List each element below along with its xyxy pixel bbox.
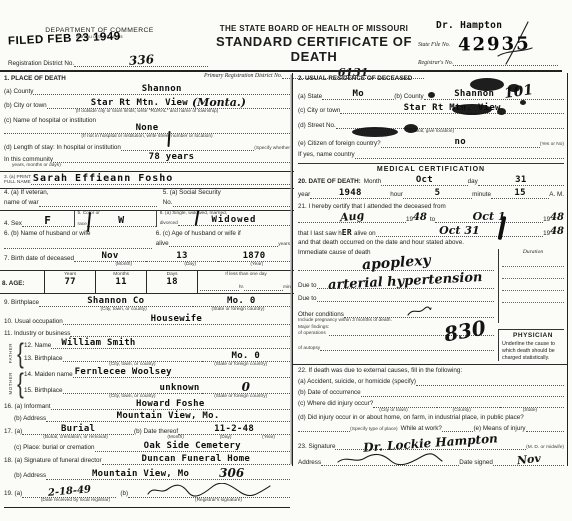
father-name-row: 12. Name William Smith: [24, 339, 290, 349]
informant-row: 16. (a) Informant Howard Foshe: [4, 400, 290, 410]
funeral-addr-field: Mountain View, Mo 306: [46, 467, 290, 480]
physician-signature-value: Dr. Lockie Hampton: [363, 432, 498, 453]
occupation-value: Housewife: [151, 315, 202, 324]
cap-day: (Day): [157, 262, 224, 267]
external-c-field2: [437, 399, 501, 408]
citizen-value: no: [455, 138, 466, 147]
funeral-address-row: (b) Address Mountain View, Mo 306: [4, 467, 290, 480]
signature-addr-label: Address: [298, 459, 321, 466]
age-hr-field: [200, 282, 239, 291]
external-c-label: (c) Where did injury occur?: [298, 400, 373, 407]
father-name-label: 12. Name: [24, 342, 51, 349]
external-cap-county: (County): [428, 408, 496, 413]
citizen-label: (e) Citizen of foreign country?: [298, 140, 381, 147]
ink-stamp-mark: [497, 108, 506, 115]
mother-bp-hw: 0: [242, 381, 250, 393]
external-work-caption: (Specify type of place): [350, 427, 397, 432]
ink-stamp-mark: [470, 78, 504, 91]
sex-color-marital-row: 4. Sex F 5. Color or race W 6. (a) Singl…: [4, 211, 290, 227]
informant-addr-value: Mountain View, Mo.: [117, 412, 220, 421]
certify-19b: 19: [543, 216, 550, 223]
age-min-field: [244, 282, 283, 291]
occupation-field: Housewife: [63, 315, 290, 325]
industry-row: 11. Industry or business: [4, 328, 290, 337]
mother-bp-state-field: 0: [202, 381, 290, 394]
burial-cap-day: (Day): [204, 435, 247, 440]
veteran-label-1: 4. (a) If veteran,: [4, 189, 157, 196]
ink-stamp-mark: [428, 92, 435, 98]
burial-place-label: (c) Place: burial or cremation: [4, 444, 95, 451]
residence-county-value: Shannon: [454, 90, 494, 99]
dod-label: 20. DATE OF DEATH:: [298, 178, 361, 185]
age-months-value: 11: [98, 278, 144, 287]
dod-month-value: Oct: [416, 176, 433, 185]
burial-label: 17. (a): [4, 428, 22, 435]
marital-value: Widowed: [211, 216, 256, 225]
father-cap-state: (State or foreign country): [191, 362, 290, 367]
dod-day-label: day: [468, 178, 478, 185]
physician-address-field: [321, 453, 459, 466]
burial-caption: (Burial, cremation, or removal): [4, 435, 147, 440]
county-row: (a) County Shannon: [4, 85, 290, 95]
registrar-sig-caption: (Registrar's signature): [147, 498, 290, 503]
funeral-addr-label: (b) Address: [4, 472, 46, 479]
industry-label: 11. Industry or business: [4, 330, 70, 337]
duration-column: Duration: [498, 249, 564, 324]
informant-address-row: (b) Address Mountain View, Mo.: [4, 412, 290, 422]
informant-field: Howard Foshe: [51, 400, 290, 410]
immediate-cause-field: apoplexy: [298, 256, 494, 271]
residence-street-row: (d) Street No.: [298, 120, 564, 129]
full-name-value: Sarah Effieann Fosho: [33, 174, 173, 184]
dod-month-field: Oct: [381, 176, 467, 186]
birthdate-label: 7. Birth date of deceased: [4, 255, 74, 262]
mother-name-field: Fernlecee Woolsey: [73, 368, 290, 378]
duration-cell: [502, 255, 564, 267]
certify-to-year-hw: 48: [550, 213, 564, 223]
dod-year-field: 1948: [310, 189, 390, 199]
residence-city-row: (c) City or town Star Rt Mtn. View: [298, 104, 564, 114]
industry-field: [70, 328, 290, 337]
registrar-row: 19. (a) 2-18-49 (b): [4, 483, 290, 498]
print-label-2: FULL NAME: [4, 180, 31, 185]
external-work-label: While at work?: [401, 425, 442, 432]
dod-minute-value: 15: [514, 189, 525, 198]
due-to-1-label: Due to: [298, 282, 317, 289]
physician-signature-row: 23. Signature Dr. Lockie Hampton (M. D. …: [298, 436, 564, 450]
age-min-label: min.: [283, 285, 292, 290]
husband-label: 6. (b) Name of husband or wife: [4, 230, 152, 237]
board-title: THE STATE BOARD OF HEALTH OF MISSOURI: [196, 24, 432, 33]
external-c-field3: [500, 399, 564, 408]
father-bp-state-field: Mo. 0: [202, 352, 290, 362]
dod-month-label: Month: [364, 178, 382, 185]
marital-label-2: divorced: [160, 221, 178, 226]
ink-stamp-mark: [508, 84, 520, 92]
external-d-label: (d) Did injury occur in or about home, o…: [298, 414, 564, 421]
death-certificate-scan: DEPARTMENT OF COMMERCE Bureau of the Cen…: [0, 0, 572, 521]
residence-state-label: (a) State: [298, 93, 322, 100]
spouse-age-field: [169, 238, 279, 247]
external-title: 22. If death was due to external causes,…: [298, 367, 564, 374]
birth-month-field: Nov: [74, 252, 146, 262]
external-b-field: [361, 388, 564, 397]
city-handwritten-note: (Monta.): [192, 97, 246, 108]
color-field: W: [87, 216, 156, 227]
informant-addr-field: Mountain View, Mo.: [46, 412, 290, 422]
external-work-field: [442, 423, 474, 432]
birthplace-row: 9. Birthplace Shannon Co Mo. 0: [4, 297, 290, 307]
informant-value: Howard Foshe: [136, 400, 205, 409]
certify-saw-label2: alive on: [354, 230, 376, 237]
external-cap-state: (State): [496, 408, 564, 413]
date-signed-field: Nov: [493, 454, 564, 466]
registrar-captions: (Date received by local registrar) (Regi…: [4, 498, 290, 503]
full-name-row: 3. (a) PRINT FULL NAME Sarah Effieann Fo…: [4, 174, 290, 185]
certify-saw-field: Oct 31: [376, 225, 543, 237]
veteran-ssn-row: 4. (a) If veteran, name of war 5. (a) So…: [4, 189, 290, 206]
ink-stamp-mark: [452, 104, 492, 115]
due-to-2-row: Due to: [298, 293, 494, 302]
age-less-label: If less than one day: [200, 272, 292, 277]
residence-street-label: (d) Street No.: [298, 122, 336, 129]
county-value: Shannon: [142, 85, 182, 94]
age-grid: 8. AGE: Years 77 Months 11 Days 18 If le…: [0, 270, 294, 293]
external-a-row: (a) Accident, suicide, or homicide (spec…: [298, 377, 564, 386]
mother-name-label: 14. Maiden name: [24, 371, 73, 378]
birthplace-captions: (City, town, or county) (State or foreig…: [4, 307, 290, 312]
community-value: 78 years: [149, 153, 195, 162]
veteran-field: [39, 198, 157, 207]
mother-bp-value: unknown: [160, 384, 200, 393]
duration-cell: [502, 291, 564, 303]
spouse-row: 6. (b) Name of husband or wife 6. (c) Ag…: [4, 230, 290, 249]
external-a-field: [416, 377, 564, 386]
date-signed-label: Date signed: [459, 459, 493, 466]
external-d-field: [298, 423, 350, 432]
sex-value: F: [44, 215, 51, 226]
birthplace-cap-state: (State or foreign country): [186, 307, 290, 312]
date-of-death-row2: year 1948 hour 5 minute 15 A. M.: [298, 189, 564, 199]
external-b-label: (b) Date of occurrence: [298, 389, 361, 396]
certify-line1: 21. I hereby certify that I attended the…: [298, 203, 564, 210]
funeral-director-row: 18. (a) Signature of funeral director Du…: [4, 455, 290, 465]
informant-label: 16. (a) Informant: [4, 403, 51, 410]
hospital-row: None: [4, 124, 290, 134]
physician-title: PHYSICIAN: [502, 332, 564, 339]
county-label: (a) County: [4, 88, 33, 95]
dod-year-value: 1948: [339, 189, 362, 198]
mother-bp-field: unknown: [63, 384, 202, 394]
external-e-field: [526, 423, 564, 432]
occupation-label: 10. Usual occupation: [4, 318, 63, 325]
registrar-label: 19. (a): [4, 490, 22, 497]
ink-stamp-mark: [520, 100, 526, 105]
due-to-2-label: Due to: [298, 295, 317, 302]
burial-captions: (Burial, cremation, or removal) (Month) …: [4, 435, 290, 440]
city-value: Star Rt Mtn. View: [91, 99, 188, 108]
registrar-signature-field: [128, 483, 290, 498]
physician-box: PHYSICIAN Underline the cause to which d…: [498, 329, 564, 361]
hospital-field: None: [4, 124, 290, 134]
dod-year-label: year: [298, 191, 310, 198]
other-conditions-row: Other conditions: [298, 306, 494, 318]
color-label-2: race: [78, 222, 87, 227]
spouse-age-label-2: alive: [156, 240, 169, 247]
ssn-field: [173, 198, 290, 207]
certify-19a: 19: [406, 216, 413, 223]
city-row: (b) City or town Star Rt Mtn. View (Mont…: [4, 97, 290, 109]
external-cap-city: (City or town): [359, 408, 427, 413]
burial-field: Burial: [22, 425, 134, 435]
father-bp-label: 13. Birthplace: [24, 355, 63, 362]
funeral-label: 18. (a) Signature of funeral director: [4, 457, 102, 464]
registration-district-value: 336: [128, 53, 154, 67]
external-e-label: (e) Means of injury: [473, 425, 525, 432]
burial-place-row: (c) Place: burial or cremation Oak Side …: [4, 442, 290, 452]
registrar-date-caption: (Date received by local registrar): [4, 498, 147, 503]
occupation-row: 10. Usual occupation Housewife: [4, 315, 290, 325]
registration-district-label: Registration District No.: [8, 60, 74, 67]
spouse-age-label-1: 6. (c) Age of husband or wife if: [156, 230, 290, 237]
medical-certification-title: MEDICAL CERTIFICATION: [298, 163, 564, 173]
physician-address-scrawl: [335, 453, 445, 465]
funeral-value: Duncan Funeral Home: [142, 455, 251, 464]
certify-saw-hw: Oct 31: [439, 225, 480, 236]
burial-place-value: Oak Side Cemetery: [144, 442, 241, 451]
mother-birthplace-row: 15. Birthplace unknown 0: [24, 381, 290, 394]
external-a-label: (a) Accident, suicide, or homicide (spec…: [298, 378, 416, 385]
father-birthplace-row: 13. Birthplace Mo. 0: [24, 352, 290, 362]
burial-row: 17. (a) Burial (b) Date thereof 11-2-48: [4, 425, 290, 435]
birthplace-field: Shannon Co: [39, 297, 193, 307]
due-to-2-field: [317, 293, 494, 302]
birthdate-row: 7. Birth date of deceased Nov 13 1870: [4, 252, 290, 262]
stay-label: (d) Length of stay: In hospital or insti…: [4, 144, 121, 151]
age-label: 8. AGE:: [2, 280, 25, 287]
birth-day-field: 13: [146, 252, 218, 262]
citizen-caption: (Yes or No): [540, 142, 564, 147]
findings-block: Major findings: of operations of autopsy…: [298, 323, 564, 361]
cap-year: (Year): [224, 262, 291, 267]
community-label: In this community: [4, 156, 53, 163]
burial-date-field: 11-2-48: [178, 425, 290, 435]
father-brace: {: [17, 343, 24, 365]
city-caption: (If outside city or town limits, write "…: [4, 109, 290, 114]
city-field: Star Rt Mtn. View (Monta.): [47, 97, 290, 109]
hospital-value: None: [136, 124, 159, 133]
other-conditions-field: [344, 306, 494, 318]
operations-hw: 830: [443, 318, 488, 345]
ink-stamp-mark: [404, 124, 418, 133]
mother-name-row: 14. Maiden name Fernlecee Woolsey: [24, 368, 290, 378]
pen-stroke-mark: [488, 20, 548, 66]
mother-name-value: Fernlecee Woolsey: [75, 368, 172, 377]
veteran-label-2: name of war: [4, 199, 39, 206]
findings-label: Major findings:: [298, 325, 329, 330]
father-bp-state-value: Mo. 0: [231, 352, 260, 361]
birthdate-captions: (Month) (Day) (Year): [4, 262, 290, 267]
burial-place-field: Oak Side Cemetery: [95, 442, 291, 452]
country-row: If yes, name country: [298, 150, 564, 159]
burial-cap-month: (Month): [147, 435, 204, 440]
external-c-captions: (City or town) (County) (State): [298, 408, 564, 413]
physician-signature-field: Dr. Lockie Hampton: [335, 436, 526, 450]
dod-ampm: A. M.: [549, 191, 564, 198]
country-label: If yes, name country: [298, 151, 355, 158]
mother-brace: {: [17, 373, 24, 395]
birthplace-cap-city: (City, town, or county): [61, 307, 186, 312]
community-caption: years, months or days): [4, 163, 290, 168]
birth-year-field: 1870: [218, 252, 290, 262]
other-conditions-scrawl: [406, 306, 432, 317]
due-to-1-row: Due to arterial hypertension: [298, 274, 494, 289]
burial-cap-year: (Year): [247, 435, 290, 440]
certify-saw-label1: that I last saw h: [298, 230, 342, 237]
due-to-1-field: arterial hypertension: [317, 274, 494, 289]
registrar-no-label: Registrar's No.: [418, 60, 453, 66]
mother-margin-label: MOTHER: [8, 372, 13, 395]
right-column: 2. USUAL RESIDENCE OF DECEASED (a) State…: [292, 73, 568, 466]
community-row: In this community 78 years: [4, 153, 290, 163]
full-name-field: Sarah Effieann Fosho: [31, 174, 290, 185]
sex-field: F: [22, 215, 74, 227]
burial-date-value: 11-2-48: [214, 425, 254, 434]
citizen-row: (e) Citizen of foreign country? no (Yes …: [298, 138, 564, 148]
father-bp-field: [63, 353, 202, 362]
dod-minute-field: 15: [491, 189, 549, 199]
dod-day-value: 31: [515, 176, 526, 185]
certify-to-field: Oct 1: [435, 211, 543, 223]
autopsy-label: of autopsy: [298, 346, 320, 351]
left-column: 1. PLACE OF DEATH (a) County Shannon (b)…: [4, 73, 290, 508]
stay-caption: (Specify whether: [254, 146, 290, 151]
external-work-row: (Specify type of place) While at work? (…: [298, 423, 564, 432]
certify-saw-pronoun: ER: [342, 229, 352, 237]
birth-day: 13: [176, 252, 187, 261]
ssn-label-1: 5. (a) Social Security: [163, 189, 290, 196]
external-b-row: (b) Date of occurrence: [298, 388, 564, 397]
certify-from-hw: Aug: [339, 209, 364, 222]
spouse-age-suffix: years: [278, 242, 290, 247]
funeral-addr-value: Mountain View, Mo: [92, 470, 189, 479]
birth-month: Nov: [101, 252, 118, 261]
burial-value: Burial: [61, 425, 95, 434]
father-name-field: William Smith: [51, 339, 290, 349]
certificate-title: STANDARD CERTIFICATE OF DEATH: [196, 34, 432, 64]
date-of-death-row1: 20. DATE OF DEATH: Month Oct day 31: [298, 176, 564, 186]
city-label: (b) City or town: [4, 102, 47, 109]
registrar-date-value: 2-18-49: [47, 485, 91, 499]
state-file-label: State File No.: [418, 42, 450, 48]
date-signed-value: Nov: [516, 453, 541, 466]
certify-from-field: Aug: [298, 211, 406, 223]
color-value: W: [118, 216, 124, 226]
registrar-date-field: 2-18-49: [22, 487, 116, 498]
dod-minute-label: minute: [472, 191, 491, 198]
external-c-row: (c) Where did injury occur?: [298, 399, 564, 408]
birthplace-state-value: Mo. 0: [227, 297, 256, 306]
dod-hour-field: 5: [403, 189, 472, 199]
country-field: [355, 150, 564, 159]
registration-district-row: Registration District No. 336: [8, 54, 208, 67]
header-rule: [0, 70, 562, 72]
age-years-value: 77: [47, 278, 93, 287]
physician-address-row: Address Date signed Nov: [298, 453, 564, 466]
residence-street-caption: (If rural, give location): [298, 129, 564, 134]
ink-stamp-mark: [352, 127, 398, 137]
certify-from-year-hw: 48: [413, 213, 427, 223]
mother-bp-label: 15. Birthplace: [24, 387, 63, 394]
cause-block: Immediate cause of death apoplexy Due to…: [298, 249, 564, 324]
community-field: 78 years: [53, 153, 290, 163]
place-of-death-title: 1. PLACE OF DEATH: [4, 75, 290, 82]
certify-line3: that I last saw h ER alive on Oct 31 19 …: [298, 225, 564, 237]
certify-19c: 19: [543, 230, 550, 237]
birthplace-value: Shannon Co: [87, 297, 144, 306]
informant-addr-label: (b) Address: [4, 415, 46, 422]
citizen-field: no: [381, 138, 540, 148]
certify-line2: Aug 19 48 to Oct 1 19 48: [298, 211, 564, 223]
duration-cell: [502, 267, 564, 279]
stay-field: [121, 142, 254, 151]
residence-city-label: (c) City or town: [298, 107, 340, 114]
residence-county-label: (b) County: [394, 93, 423, 100]
registrar-sig-label: (b): [116, 490, 128, 497]
husband-field: [4, 240, 152, 249]
county-field: Shannon: [33, 85, 290, 95]
dod-hour-label: hour: [390, 191, 403, 198]
immediate-cause-hw: apoplexy: [361, 254, 431, 273]
certify-line4: and that death occurred on the date and …: [298, 239, 564, 246]
father-margin-label: FATHER: [8, 343, 13, 363]
funeral-addr-hw: 306: [219, 467, 244, 479]
signature-caption: (M. D. or midwife): [526, 445, 564, 450]
operations-label: of operations: [298, 331, 329, 336]
age-days-value: 18: [149, 278, 195, 287]
dod-day-field: 31: [478, 176, 564, 186]
certify-saw-year-hw: 48: [550, 227, 564, 237]
cap-month: (Month): [90, 262, 157, 267]
autopsy-field: [320, 342, 494, 351]
birth-year: 1870: [243, 252, 266, 261]
residence-state-field: Mo: [322, 90, 394, 100]
stay-row: (d) Length of stay: In hospital or insti…: [4, 142, 290, 151]
hospital-caption: (If not in hospital or institution, writ…: [4, 134, 290, 139]
registrar-signature-scrawl: [144, 483, 274, 497]
birthplace-label: 9. Birthplace: [4, 299, 39, 306]
residence-state-value: Mo: [353, 90, 364, 99]
mother-cap-state: (State or foreign country): [191, 394, 290, 399]
father-name-value: William Smith: [61, 339, 135, 348]
residence-title: 2. USUAL RESIDENCE OF DECEASED: [298, 75, 564, 82]
registration-district-field: 336: [74, 54, 208, 67]
funeral-field: Duncan Funeral Home: [102, 455, 290, 465]
birthplace-state-field: Mo. 0: [193, 297, 290, 307]
section-divider: [293, 364, 567, 365]
due-to-1-hw: arterial hypertension: [328, 271, 483, 292]
duration-cell: [502, 279, 564, 291]
ssn-label-2: No.: [163, 199, 173, 206]
signature-label: 23. Signature: [298, 443, 335, 450]
parents-block: FATHER MOTHER { { 12. Name William Smith…: [4, 339, 290, 400]
external-c-field1: [373, 399, 437, 408]
autopsy-row: of autopsy: [298, 342, 494, 351]
physician-note: Underline the cause to which death shoul…: [502, 341, 564, 361]
dod-hour-value: 5: [435, 189, 441, 198]
sex-label: 4. Sex: [4, 220, 22, 227]
